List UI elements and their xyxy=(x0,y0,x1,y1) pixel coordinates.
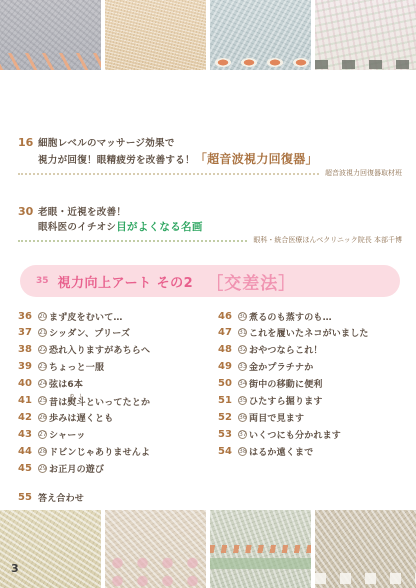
toc-item: 40 24 弦は6本 xyxy=(18,378,218,390)
feature-title-line1: 細胞レベルのマッサージ効果で xyxy=(38,137,175,150)
item-label: シッダン、プリーズ xyxy=(49,326,130,339)
toc-columns: 36 20 まず皮をむいて… 37 21 シッダン、プリーズ 38 22 恐れ入… xyxy=(18,310,402,479)
toc-item: 47 31 これを履いたネコがいました xyxy=(218,327,402,339)
item-label: 金かプラチナか xyxy=(249,360,313,373)
ruby-furigana: のし xyxy=(67,393,85,398)
answers-entry: 55 答え合わせ xyxy=(18,491,402,504)
feature-page-number: 30 xyxy=(18,205,38,218)
stereogram-image-bottom-3 xyxy=(210,510,311,588)
item-page-number: 37 xyxy=(18,327,38,338)
item-page-number: 44 xyxy=(18,446,38,457)
item-label: ちょっと一服 xyxy=(49,360,104,373)
toc-feature-entry: 16 細胞レベルのマッサージ効果で 視力が回復！眼精疲労を改善する！ 「超音波視… xyxy=(18,136,402,178)
item-page-number: 40 xyxy=(18,378,38,389)
section-banner: 35 視力向上アート その2 ［交差法］ xyxy=(20,265,400,297)
toc-item: 39 23 ちょっと一服 xyxy=(18,361,218,373)
item-label: はるか遠くまで xyxy=(249,445,313,458)
feature-highlight: 目がよくなる名画 xyxy=(116,219,202,234)
item-label: 歩みは遅くとも xyxy=(49,411,113,424)
circled-number: 28 xyxy=(38,447,47,456)
circled-number: 32 xyxy=(238,345,247,354)
circled-number: 25 xyxy=(38,396,47,405)
toc-column-left: 36 20 まず皮をむいて… 37 21 シッダン、プリーズ 38 22 恐れ入… xyxy=(18,310,218,479)
circled-number: 27 xyxy=(38,430,47,439)
item-label: お正月の遊び xyxy=(49,462,104,475)
stereogram-image-bottom-2 xyxy=(105,510,206,588)
circled-number: 37 xyxy=(238,430,247,439)
circled-number: 33 xyxy=(238,362,247,371)
item-page-number: 45 xyxy=(18,463,38,474)
ruby-base: 熨斗 xyxy=(67,398,85,408)
circled-number: 38 xyxy=(238,447,247,456)
item-label: おやつならこれ！ xyxy=(249,343,323,356)
item-page-number: 55 xyxy=(18,492,38,503)
banner-title: 視力向上アート その2 xyxy=(58,272,194,291)
circled-number: 36 xyxy=(238,413,247,422)
item-label: 弦は6本 xyxy=(49,377,83,390)
item-page-number: 52 xyxy=(218,412,238,423)
feature-highlight: 「超音波視力回復器」 xyxy=(195,150,318,167)
item-page-number: 49 xyxy=(218,361,238,372)
item-page-number: 48 xyxy=(218,344,238,355)
dish-row-decoration xyxy=(210,55,311,70)
page-number: 3 xyxy=(11,562,19,575)
item-label: 恐れ入りますがあちらへ xyxy=(49,343,150,356)
item-label: まず皮をむいて… xyxy=(49,310,123,323)
green-band-decoration xyxy=(210,558,311,569)
toc-item: 46 30 煮るのも蒸すのも… xyxy=(218,310,402,322)
item-page-number: 54 xyxy=(218,446,238,457)
circled-number: 29 xyxy=(38,464,47,473)
feature-credit: 眼科・統合医療ほんべクリニック院長 本部千博 xyxy=(253,235,402,245)
item-page-number: 42 xyxy=(18,412,38,423)
item-page-number: 53 xyxy=(218,429,238,440)
banner-page-number: 35 xyxy=(36,276,49,286)
block-row-decoration xyxy=(315,60,416,69)
item-label: いくつにも分かれます xyxy=(249,428,341,441)
item-label-pre: 昔は xyxy=(49,398,67,408)
dotted-leader xyxy=(18,173,319,175)
item-label: 答え合わせ xyxy=(38,491,84,504)
stereogram-image-bottom-4 xyxy=(315,510,416,588)
circled-number: 31 xyxy=(238,328,247,337)
circled-number: 22 xyxy=(38,345,47,354)
toc-item: 36 20 まず皮をむいて… xyxy=(18,310,218,322)
feature-title-line2: 眼科医のイチオシ xyxy=(38,221,116,234)
circled-number: 23 xyxy=(38,362,47,371)
item-label: ドビンじゃありませんよ xyxy=(49,445,150,458)
pencil-strokes-decoration xyxy=(0,53,101,70)
toc-item: 52 36 両目で見ます xyxy=(218,411,402,423)
banner-method-label: ［交差法］ xyxy=(206,269,296,294)
egg-row-decoration xyxy=(105,55,206,70)
circled-number: 35 xyxy=(238,396,247,405)
item-label: シャーッ xyxy=(49,428,86,441)
circled-number: 21 xyxy=(38,328,47,337)
item-label: 街中の移動に便利 xyxy=(249,377,323,390)
toc-item: 49 33 金かプラチナか xyxy=(218,361,402,373)
top-image-strip xyxy=(0,0,416,70)
orange-squiggle-decoration xyxy=(210,545,311,553)
circled-number: 24 xyxy=(38,379,47,388)
stereogram-image-top-2 xyxy=(105,0,206,70)
item-label: ひたすら掘ります xyxy=(249,394,323,407)
item-page-number: 38 xyxy=(18,344,38,355)
item-page-number: 46 xyxy=(218,311,238,322)
item-label-post: といってたとか xyxy=(86,398,150,408)
item-label: 両目で見ます xyxy=(249,411,304,424)
circled-number: 34 xyxy=(238,379,247,388)
toc-item: 54 38 はるか遠くまで xyxy=(218,445,402,457)
white-squares-decoration xyxy=(315,573,416,584)
item-label: 煮るのも蒸すのも… xyxy=(249,310,332,323)
feature-page-number: 16 xyxy=(18,136,38,149)
item-label: 昔は熨斗のしといってたとか xyxy=(49,393,150,408)
toc-item: 37 21 シッダン、プリーズ xyxy=(18,327,218,339)
table-of-contents: 16 細胞レベルのマッサージ効果で 視力が回復！眼精疲労を改善する！ 「超音波視… xyxy=(0,136,416,504)
circled-number: 30 xyxy=(238,312,247,321)
toc-item: 48 32 おやつならこれ！ xyxy=(218,344,402,356)
toc-item: 38 22 恐れ入りますがあちらへ xyxy=(18,344,218,356)
toc-item: 44 28 ドビンじゃありませんよ xyxy=(18,445,218,457)
stereogram-image-top-4 xyxy=(315,0,416,70)
item-page-number: 51 xyxy=(218,395,238,406)
toc-item: 42 26 歩みは遅くとも xyxy=(18,411,218,423)
item-page-number: 43 xyxy=(18,429,38,440)
toc-item: 43 27 シャーッ xyxy=(18,428,218,440)
toc-feature-entry: 30 老眼・近視を改善！ 眼科医のイチオシ 目がよくなる名画 眼科・統合医療ほん… xyxy=(18,205,402,245)
feature-credit: 超音波視力回復器取材班 xyxy=(325,168,402,178)
ruby-word: 熨斗のし xyxy=(67,398,85,408)
stereogram-image-top-1 xyxy=(0,0,101,70)
item-page-number: 41 xyxy=(18,395,38,406)
toc-column-right: 46 30 煮るのも蒸すのも… 47 31 これを履いたネコがいました 48 3… xyxy=(218,310,402,479)
stereogram-image-bottom-1 xyxy=(0,510,101,588)
bottom-image-strip: 3 xyxy=(0,510,416,588)
item-page-number: 39 xyxy=(18,361,38,372)
pink-circles-decoration xyxy=(105,554,206,588)
toc-item: 41 25 昔は熨斗のしといってたとか xyxy=(18,394,218,406)
item-page-number: 50 xyxy=(218,378,238,389)
toc-item: 51 35 ひたすら掘ります xyxy=(218,394,402,406)
circled-number: 20 xyxy=(38,312,47,321)
toc-item: 53 37 いくつにも分かれます xyxy=(218,428,402,440)
stereogram-image-top-3 xyxy=(210,0,311,70)
toc-item: 45 29 お正月の遊び xyxy=(18,462,218,474)
dotted-leader xyxy=(18,240,247,242)
feature-title-line2: 視力が回復！眼精疲労を改善する！ xyxy=(38,154,195,167)
item-page-number: 36 xyxy=(18,311,38,322)
item-label: これを履いたネコがいました xyxy=(249,326,369,339)
item-page-number: 47 xyxy=(218,327,238,338)
circled-number: 26 xyxy=(38,413,47,422)
feature-title-line1: 老眼・近視を改善！ xyxy=(38,206,126,219)
toc-item: 50 34 街中の移動に便利 xyxy=(218,378,402,390)
